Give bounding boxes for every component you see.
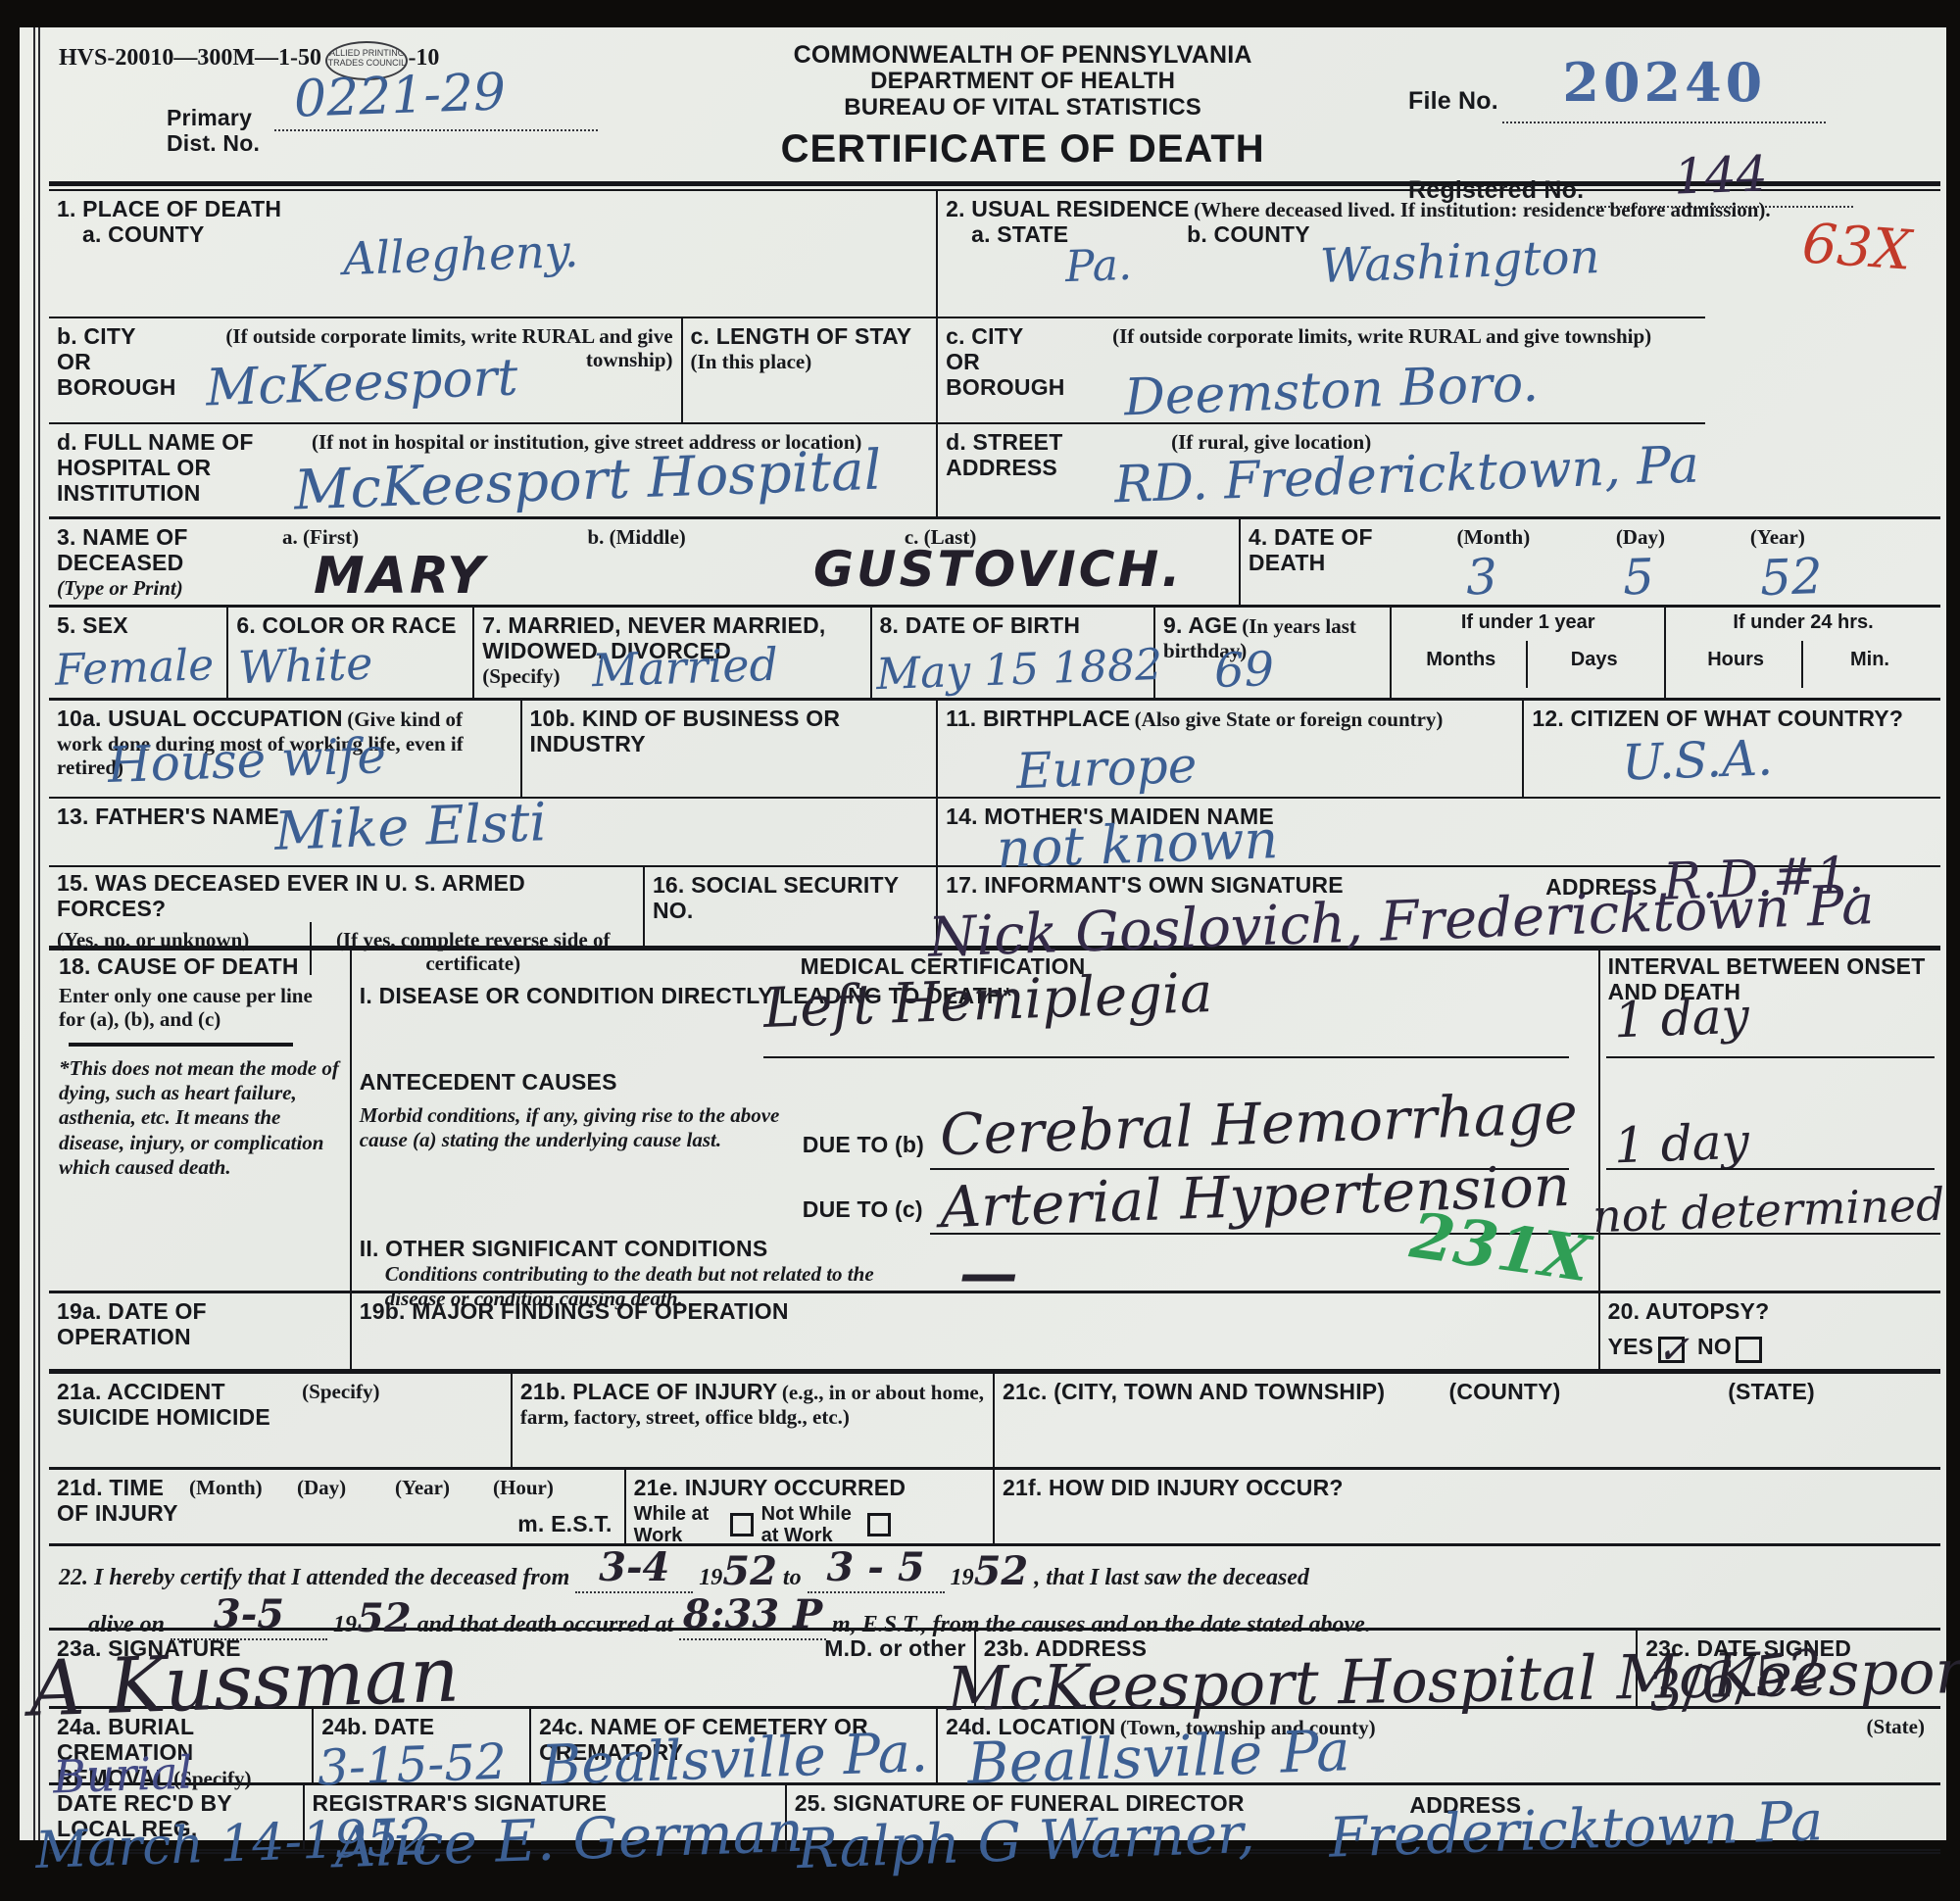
major-findings-label: 19b. MAJOR FINDINGS OF OPERATION xyxy=(360,1299,1591,1325)
header-right: File No. 20240 Registered No. 144 xyxy=(1369,41,1931,177)
burial-date-value: 3-15-52 xyxy=(317,1737,507,1793)
not-while-at-work-label: Not While at Work xyxy=(761,1503,859,1546)
field-age: 9. AGE (In years last birthday) 69 xyxy=(1155,608,1392,698)
header-center: COMMONWEALTH OF PENNSYLVANIA DEPARTMENT … xyxy=(676,41,1369,177)
attended-from-value: 3-4 xyxy=(599,1544,669,1590)
field-name-of-deceased: 3. NAME OF DECEASED (Type or Print) a. (… xyxy=(49,519,1241,605)
autopsy-label: 20. AUTOPSY? xyxy=(1608,1299,1933,1325)
while-at-work-checkbox xyxy=(730,1513,754,1536)
field-birthplace: 11. BIRTHPLACE (Also give State or forei… xyxy=(938,701,1524,799)
marital-specify-hint: (Specify) xyxy=(482,664,560,688)
min-label: Min. xyxy=(1803,641,1936,688)
sex-label: 5. SEX xyxy=(57,613,219,639)
injury-year-label: (Year) xyxy=(395,1476,493,1527)
color-or-race-label: 6. COLOR OR RACE xyxy=(236,613,465,639)
date-of-birth-value: May 15 1882 xyxy=(875,644,1162,697)
citizen-label: 12. CITIZEN OF WHAT COUNTRY? xyxy=(1532,707,1933,732)
fathers-name-value: Mike Elsti xyxy=(273,796,547,858)
field-street-address: d. STREET ADDRESS (If rural, give locati… xyxy=(938,424,1940,516)
medical-certification-column: MEDICAL CERTIFICATION I. DISEASE OR COND… xyxy=(352,950,1600,1291)
field-place-of-death-county: 1. PLACE OF DEATH a. COUNTY Allegheny. xyxy=(49,191,938,318)
field-kind-of-business: 10b. KIND OF BUSINESS OR INDUSTRY xyxy=(522,701,939,799)
attended-to-year: 52 xyxy=(974,1548,1029,1594)
autopsy-yes-label: YES xyxy=(1608,1334,1654,1359)
field-usual-residence-state-county: 2. USUAL RESIDENCE (Where deceased lived… xyxy=(938,191,1940,318)
accident-label: 21a. ACCIDENT SUICIDE HOMICIDE xyxy=(57,1380,302,1461)
months-label: Months xyxy=(1396,641,1528,688)
file-no-value: 20240 xyxy=(1562,51,1766,114)
under-1-year-label: If under 1 year xyxy=(1396,611,1660,633)
time-of-injury-label: 21d. TIME OF INJURY xyxy=(57,1476,189,1527)
scanned-death-certificate: HVS-20010—300M—1-50 ALLIED PRINTING TRAD… xyxy=(0,0,1960,1901)
autopsy-no-label: NO xyxy=(1697,1334,1732,1359)
hospital-label: d. FULL NAME OF HOSPITAL OR INSTITUTION xyxy=(57,430,312,506)
last-name-value: GUSTOVICH. xyxy=(813,541,1183,598)
injury-month-label: (Month) xyxy=(189,1476,297,1527)
to-word: to xyxy=(783,1565,802,1590)
residence-red-mark: 63X xyxy=(1800,217,1913,279)
birthplace-label: 11. BIRTHPLACE xyxy=(946,706,1130,731)
field-armed-forces: 15. WAS DECEASED EVER IN U. S. ARMED FOR… xyxy=(49,867,645,946)
death-day-value: 5 xyxy=(1622,552,1655,602)
occupation-value: House wife xyxy=(107,731,387,790)
field-time-of-injury: 21d. TIME OF INJURY (Month) (Day) (Year)… xyxy=(49,1470,626,1543)
field-marital-status: 7. MARRIED, NEVER MARRIED, WIDOWED, DIVO… xyxy=(474,608,871,698)
field-age-under-24-hrs: If under 24 hrs. Hours Min. xyxy=(1666,608,1940,698)
due-to-c-label: DUE TO (c) xyxy=(803,1197,923,1223)
citizen-value: U.S.A. xyxy=(1622,733,1774,787)
business-label: 10b. KIND OF BUSINESS OR INDUSTRY xyxy=(530,707,929,757)
morbid-conditions-hint: Morbid conditions, if any, giving rise t… xyxy=(360,1103,791,1152)
armed-forces-label: 15. WAS DECEASED EVER IN U. S. ARMED FOR… xyxy=(57,871,635,922)
injury-county-label: (COUNTY) xyxy=(1449,1380,1729,1461)
field-accident-suicide-homicide: 21a. ACCIDENT SUICIDE HOMICIDE (Specify) xyxy=(49,1374,513,1467)
field-city-or-borough-residence: c. CITYORBOROUGH (If outside corporate l… xyxy=(938,318,1940,424)
field-date-signed: 23c. DATE SIGNED 3/6/52 xyxy=(1638,1631,1940,1706)
form-left-border xyxy=(33,27,40,1840)
usual-residence-title: 2. USUAL RESIDENCE xyxy=(946,196,1190,221)
certification-statement: 22. I hereby certify that I attended the… xyxy=(49,1546,1940,1631)
field-length-of-stay: c. LENGTH OF STAY (In this place) xyxy=(683,318,939,424)
date-of-operation-label: 19a. DATE OF OPERATION xyxy=(57,1299,342,1350)
usual-residence-hint: (Where deceased lived. If institution: r… xyxy=(1194,198,1771,221)
length-of-stay-label: c. LENGTH OF STAY xyxy=(691,324,929,350)
type-or-print-hint: (Type or Print) xyxy=(57,576,282,601)
residence-county-value: Washington xyxy=(1319,233,1600,290)
cause-note-one-per-line: Enter only one cause per line for (a), (… xyxy=(59,984,340,1031)
certificate-title: CERTIFICATE OF DEATH xyxy=(676,127,1369,171)
not-while-at-work-checkbox xyxy=(867,1513,891,1536)
field-date-of-operation: 19a. DATE OF OPERATION xyxy=(49,1293,352,1369)
certify-text-1: 22. I hereby certify that I attended the… xyxy=(59,1565,569,1590)
field-cemetery-location: 24d. LOCATION (Town, township and county… xyxy=(938,1709,1940,1782)
attended-to-value: 3 - 5 xyxy=(827,1544,925,1590)
marital-status-value: Married xyxy=(591,642,778,694)
how-injury-occurred-label: 21f. HOW DID INJURY OCCUR? xyxy=(1003,1476,1933,1501)
occupation-label: 10a. USUAL OCCUPATION xyxy=(57,706,343,731)
field-citizen-country: 12. CITIZEN OF WHAT COUNTRY? U.S.A. xyxy=(1524,701,1940,799)
date-of-birth-label: 8. DATE OF BIRTH xyxy=(880,613,1147,639)
header-left: HVS-20010—300M—1-50 ALLIED PRINTING TRAD… xyxy=(59,41,676,177)
field-burial-date: 24b. DATE 3-15-52 xyxy=(314,1709,531,1782)
residence-county-label: b. COUNTY xyxy=(1187,222,1310,248)
field-informant-signature: 17. INFORMANT'S OWN SIGNATURE ADDRESS R.… xyxy=(938,867,1940,946)
commonwealth-line: COMMONWEALTH OF PENNSYLVANIA xyxy=(676,41,1369,69)
cause-a-value: Left Hemiplegia xyxy=(762,966,1213,1037)
bureau-line: BUREAU OF VITAL STATISTICS xyxy=(676,95,1369,122)
field-date-of-birth: 8. DATE OF BIRTH May 15 1882 xyxy=(872,608,1156,698)
first-name-value: MARY xyxy=(314,547,487,606)
field-cemetery-name: 24c. NAME OF CEMETERY OR CREMATORY Beall… xyxy=(531,1709,938,1782)
length-of-stay-hint: (In this place) xyxy=(691,350,929,373)
due-to-b-label: DUE TO (b) xyxy=(803,1133,924,1158)
age-value: 69 xyxy=(1213,646,1275,695)
certificate-paper: HVS-20010—300M—1-50 ALLIED PRINTING TRAD… xyxy=(20,27,1946,1840)
field-sex: 5. SEX Female xyxy=(49,608,228,698)
accident-specify-hint: (Specify) xyxy=(302,1380,379,1461)
hours-label: Hours xyxy=(1670,641,1803,688)
autopsy-no-checkbox xyxy=(1736,1337,1762,1363)
file-no-label: File No. xyxy=(1408,87,1498,115)
name-of-deceased-label: 3. NAME OF DECEASED xyxy=(57,525,282,576)
days-label: Days xyxy=(1528,641,1660,688)
interval-b-value: 1 day xyxy=(1613,1117,1749,1171)
field-injury-city-county-state: 21c. (CITY, TOWN AND TOWNSHIP) (COUNTY) … xyxy=(995,1374,1940,1467)
year-prefix-1: 19 xyxy=(699,1565,722,1590)
funeral-director-address-value: Fredericktown Pa xyxy=(1328,1794,1824,1867)
interval-column: INTERVAL BETWEEN ONSET AND DEATH 1 day 1… xyxy=(1600,950,1940,1291)
field-fathers-name: 13. FATHER'S NAME Mike Elsti xyxy=(49,799,938,867)
county-value: Allegheny. xyxy=(342,228,579,281)
sex-value: Female xyxy=(54,644,215,693)
location-state-hint: (State) xyxy=(1866,1715,1924,1738)
md-or-other-label: M.D. or other xyxy=(824,1636,965,1700)
certify-text-2: , that I last saw the deceased xyxy=(1034,1565,1309,1590)
place-of-death-title: 1. PLACE OF DEATH xyxy=(57,197,928,222)
injury-occurred-label: 21e. INJURY OCCURRED xyxy=(634,1476,985,1501)
cemetery-value: Beallsville Pa. xyxy=(540,1726,929,1794)
attended-from-year: 52 xyxy=(722,1548,777,1594)
injury-state-label: (STATE) xyxy=(1728,1380,1815,1461)
field-autopsy: 20. AUTOPSY? YES ✓ NO xyxy=(1600,1293,1940,1369)
injury-day-label: (Day) xyxy=(297,1476,395,1527)
department-line: DEPARTMENT OF HEALTH xyxy=(676,69,1369,95)
ssn-label: 16. SOCIAL SECURITY NO. xyxy=(653,873,928,924)
cause-b-value: Cerebral Hemorrhage xyxy=(939,1085,1578,1164)
injury-city-label: 21c. (CITY, TOWN AND TOWNSHIP) xyxy=(1003,1380,1449,1461)
interval-c-value: not determined xyxy=(1592,1182,1945,1240)
location-value: Beallsville Pa xyxy=(966,1722,1350,1792)
pen-check-mark: ✓ xyxy=(1657,1328,1690,1373)
field-injury-occurred: 21e. INJURY OCCURRED While at Work Not W… xyxy=(626,1470,995,1543)
color-or-race-value: White xyxy=(238,641,374,691)
interval-a-value: 1 day xyxy=(1613,992,1749,1046)
field-social-security: 16. SOCIAL SECURITY NO. xyxy=(645,867,938,946)
autopsy-yes-checkbox: ✓ xyxy=(1658,1337,1685,1363)
residence-city-value: Deemston Boro. xyxy=(1123,359,1539,424)
age-label: 9. AGE xyxy=(1163,612,1238,638)
field-color-or-race: 6. COLOR OR RACE White xyxy=(228,608,474,698)
residence-state-value: Pa. xyxy=(1064,244,1132,289)
date-of-death-label: 4. DATE OF DEATH xyxy=(1249,525,1415,576)
while-at-work-label: While at Work xyxy=(634,1503,722,1546)
cause-of-death-title: 18. CAUSE OF DEATH xyxy=(59,954,340,980)
field-usual-occupation: 10a. USUAL OCCUPATION (Give kind of work… xyxy=(49,701,522,799)
field-burial-cremation: 24a. BURIAL CREMATION REMOVAL (Specify) … xyxy=(49,1709,314,1782)
funeral-director-signature-value: Ralph G Warner, xyxy=(796,1807,1255,1877)
field-physician-signature: 23a. SIGNATURE M.D. or other A Kussman xyxy=(49,1631,976,1706)
field-registrar-signature: REGISTRAR'S SIGNATURE Alice E. German xyxy=(305,1785,787,1849)
field-how-injury-occurred: 21f. HOW DID INJURY OCCUR? xyxy=(995,1470,1940,1543)
residence-city-label: c. CITYORBOROUGH xyxy=(946,324,1112,400)
place-of-injury-label: 21b. PLACE OF INJURY xyxy=(520,1379,778,1404)
city-borough-label: b. CITYORBOROUGH xyxy=(57,324,189,400)
death-month-value: 3 xyxy=(1465,552,1498,602)
field-date-received: DATE REC'D BY LOCAL REG. March 14-1952 xyxy=(49,1785,305,1849)
field-funeral-director: 25. SIGNATURE OF FUNERAL DIRECTOR ADDRES… xyxy=(787,1785,1940,1849)
city-borough-death-value: McKeesport xyxy=(205,352,518,414)
year-prefix-2: 19 xyxy=(951,1565,974,1590)
death-year-value: 52 xyxy=(1759,552,1823,603)
birthplace-value: Europe xyxy=(1015,741,1198,796)
form-number: HVS-20010—300M—1-50 xyxy=(59,45,321,71)
certificate-header: HVS-20010—300M—1-50 ALLIED PRINTING TRAD… xyxy=(49,27,1940,181)
primary-dist-value: 0221-29 xyxy=(293,67,507,125)
field-city-or-borough-death: b. CITYORBOROUGH (If outside corporate l… xyxy=(49,318,683,424)
cause-of-death-sidebar: 18. CAUSE OF DEATH Enter only one cause … xyxy=(49,950,352,1291)
cause-note-mode-of-dying: *This does not mean the mode of dying, s… xyxy=(59,1056,340,1180)
under-24-hrs-label: If under 24 hrs. xyxy=(1670,611,1936,633)
birthplace-hint: (Also give State or foreign country) xyxy=(1135,707,1444,731)
field-place-of-injury: 21b. PLACE OF INJURY (e.g., in or about … xyxy=(513,1374,995,1467)
field-date-of-death: 4. DATE OF DEATH (Month) (Day) (Year) 3 … xyxy=(1241,519,1940,605)
field-hospital-name: d. FULL NAME OF HOSPITAL OR INSTITUTION … xyxy=(49,424,938,516)
field-age-under-1-year: If under 1 year Months Days xyxy=(1392,608,1666,698)
injury-est-label: m. E.S.T. xyxy=(517,1512,612,1537)
field-major-findings: 19b. MAJOR FINDINGS OF OPERATION xyxy=(352,1293,1600,1369)
registrar-signature-value: Alice E. German xyxy=(333,1803,804,1877)
field-physician-address: 23b. ADDRESS McKeesport Hospital McKeesp… xyxy=(976,1631,1639,1706)
